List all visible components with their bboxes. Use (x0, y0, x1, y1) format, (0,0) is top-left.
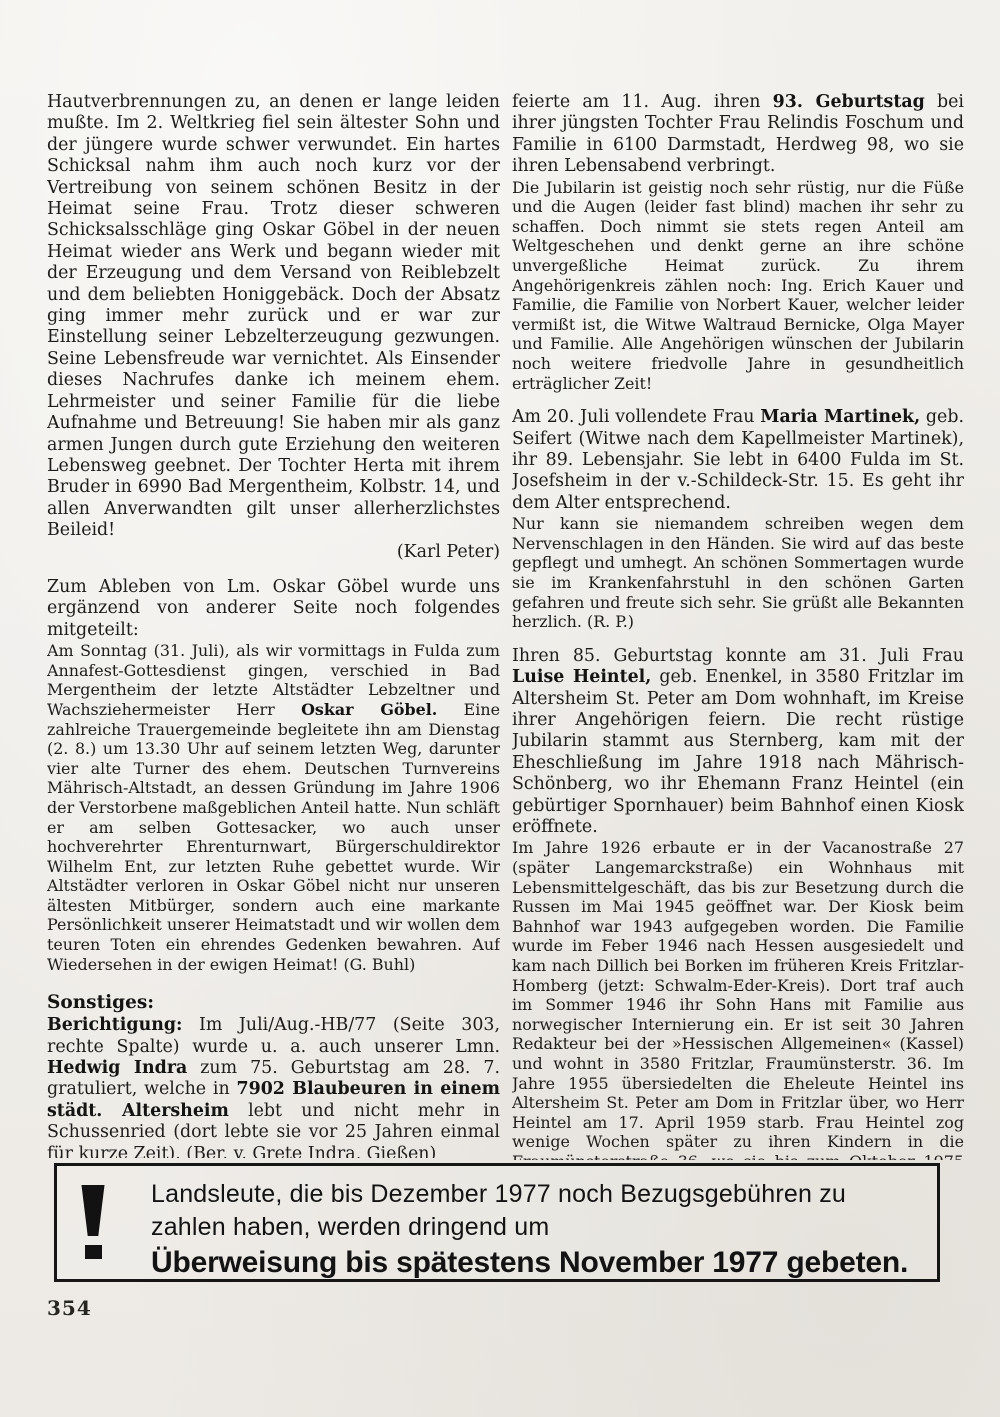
paragraph: Ihren 85. Geburtstag konnte am 31. Juli … (512, 646, 964, 839)
notice-line-2: zahlen haben, werden dringend um (151, 1211, 921, 1244)
paragraph: Im Jahre 1926 erbaute er in der Vacanost… (512, 838, 964, 1160)
notice-emphasis-line: Überweisung bis spätestens November 1977… (151, 1245, 921, 1280)
page-number: 354 (47, 1296, 92, 1320)
paragraph: Zum Ableben von Lm. Oskar Göbel wurde un… (47, 577, 500, 641)
paragraph: Am 20. Juli vollendete Frau Maria Martin… (512, 407, 964, 514)
paragraph: Nur kann sie niemandem schreiben wegen d… (512, 514, 964, 632)
left-column: Hautverbrennungen zu, an denen er lange … (47, 92, 500, 1158)
heading: Sonstiges: (47, 990, 500, 1015)
notice-line-1: Landsleute, die bis Dezember 1977 noch B… (151, 1178, 921, 1211)
exclamation-bar (81, 1185, 105, 1236)
paragraph: Hautverbrennungen zu, an denen er lange … (47, 92, 500, 542)
scanned-newsletter-page: Hautverbrennungen zu, an denen er lange … (0, 0, 1000, 1417)
exclamation-icon (79, 1185, 107, 1263)
paragraph: Am Sonntag (31. Juli), als wir vormittag… (47, 641, 500, 974)
paragraph: Die Jubilarin ist geistig noch sehr rüst… (512, 178, 964, 394)
paragraph: feierte am 11. Aug. ihren 93. Geburtstag… (512, 92, 964, 178)
exclamation-dot (85, 1245, 102, 1259)
signature: (Karl Peter) (47, 542, 500, 563)
notice-box: Landsleute, die bis Dezember 1977 noch B… (54, 1163, 940, 1282)
notice-text: Landsleute, die bis Dezember 1977 noch B… (151, 1178, 921, 1280)
paragraph: Berichtigung: Im Juli/Aug.-HB/77 (Seite … (47, 1015, 500, 1158)
right-column: feierte am 11. Aug. ihren 93. Geburtstag… (512, 92, 964, 1160)
